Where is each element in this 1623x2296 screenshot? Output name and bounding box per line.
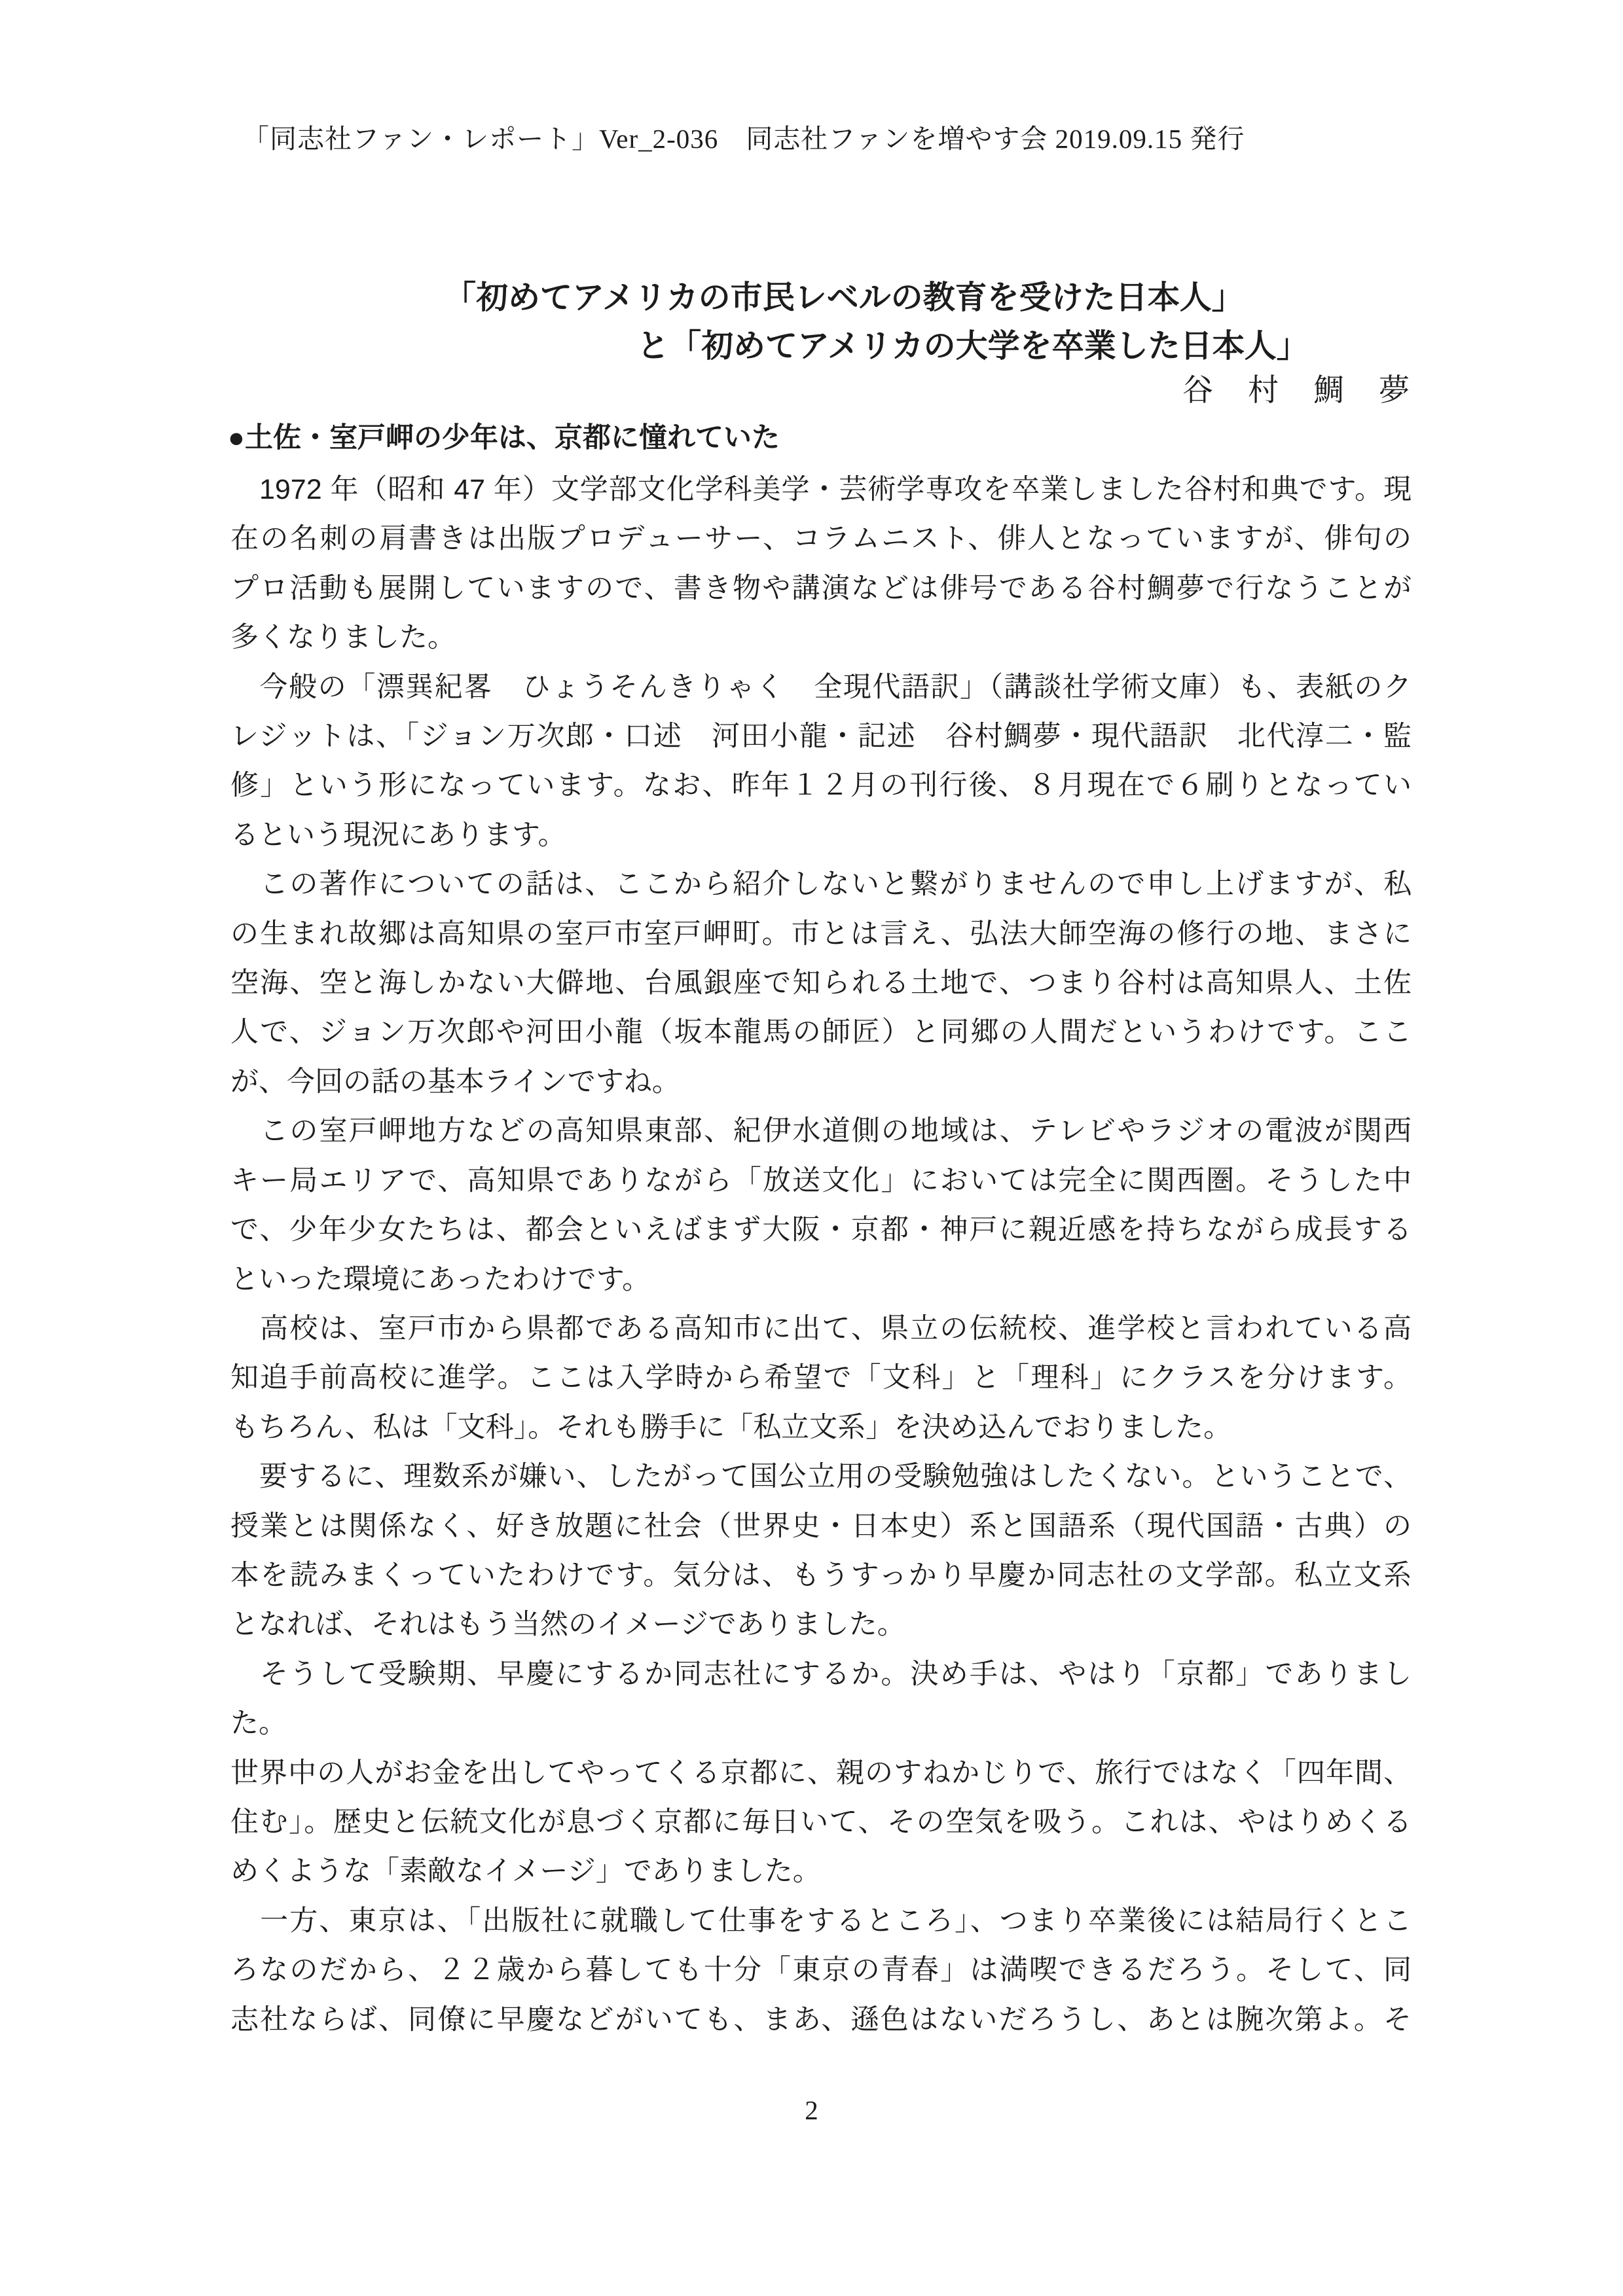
body-line: 今般の「漂巽紀畧 ひょうそんきりゃく 全現代語訳」（講談社学術文庫）も、表紙のク xyxy=(230,663,1412,712)
body-line: この著作についての話は、ここから紹介しないと繋がりませんので申し上げますが、私 xyxy=(230,860,1412,909)
body-line: 多くなりました。 xyxy=(230,613,1412,662)
body-line: 人で、ジョン万次郎や河田小龍（坂本龍馬の師匠）と同郷の人間だというわけです。ここ xyxy=(230,1008,1412,1057)
body-line: 世界中の人がお金を出してやってくる京都に、親のすねかじりで、旅行ではなく「四年間… xyxy=(230,1749,1412,1798)
body-line: た。 xyxy=(230,1699,1412,1748)
body-line: レジットは、「ジョン万次郎・口述 河田小龍・記述 谷村鯛夢・現代語訳 北代淳二・… xyxy=(230,712,1412,761)
body-line: 修」という形になっています。なお、昨年１２月の刊行後、８月現在で６刷りとなってい xyxy=(230,761,1412,810)
body-line: 要するに、理数系が嫌い、したがって国公立用の受験勉強はしたくない。ということで、 xyxy=(230,1452,1412,1501)
body-line: 空海、空と海しかない大僻地、台風銀座で知られる土地で、つまり谷村は高知県人、土佐 xyxy=(230,959,1412,1008)
body-line: ろなのだから、２２歳から暮しても十分「東京の青春」は満喫できるだろう。そして、同 xyxy=(230,1946,1412,1995)
page-number: 2 xyxy=(0,2093,1623,2127)
body-line: この室戸岬地方などの高知県東部、紀伊水道側の地域は、テレビやラジオの電波が関西 xyxy=(230,1107,1412,1156)
body-line: 志社ならば、同僚に早慶などがいても、まあ、遜色はないだろうし、あとは腕次第よ。そ xyxy=(230,1996,1412,2045)
body-line: 1972 年（昭和 47 年）文学部文化学科美学・芸術学専攻を卒業しました谷村和… xyxy=(230,465,1412,514)
body-line: 一方、東京は、「出版社に就職して仕事をするところ」、つまり卒業後には結局行くとこ xyxy=(230,1897,1412,1946)
body-line: そうして受験期、早慶にするか同志社にするか。決め手は、やはり「京都」でありまし xyxy=(230,1650,1412,1699)
article-title: 「初めてアメリカの市民レベルの教育を受けた日本人」 と「初めてアメリカの大学を卒… xyxy=(230,274,1412,370)
body-line: 授業とは関係なく、好き放題に社会（世界史・日本史）系と国語系（現代国語・古典）の xyxy=(230,1502,1412,1551)
body-line: 在の名刺の肩書きは出版プロデューサー、コラムニスト、俳人となっていますが、俳句の xyxy=(230,514,1412,564)
body-line: もちろん、私は「文科」。それも勝手に「私立文系」を決め込んでおりました。 xyxy=(230,1403,1412,1452)
body-line: 知追手前高校に進学。ここは入学時から希望で「文科」と「理科」にクラスを分けます。 xyxy=(230,1354,1412,1403)
body-line: で、少年少女たちは、都会といえばまず大阪・京都・神戸に親近感を持ちながら成長する xyxy=(230,1206,1412,1255)
newsletter-header: 「同志社ファン・レポート」Ver_2-036 同志社ファンを増やす会 2019.… xyxy=(242,122,1245,156)
article-title-line2: と「初めてアメリカの大学を卒業した日本人」 xyxy=(230,322,1412,370)
body-line: となれば、それはもう当然のイメージでありました。 xyxy=(230,1600,1412,1649)
body-line: るという現況にあります。 xyxy=(230,811,1412,860)
author-name: 谷 村 鯛 夢 xyxy=(230,370,1412,410)
document-page: 「同志社ファン・レポート」Ver_2-036 同志社ファンを増やす会 2019.… xyxy=(0,0,1623,2296)
article-body: 1972 年（昭和 47 年）文学部文化学科美学・芸術学専攻を卒業しました谷村和… xyxy=(230,465,1412,2045)
body-line: が、今回の話の基本ラインですね。 xyxy=(230,1058,1412,1107)
body-line: プロ活動も展開していますので、書き物や講演などは俳号である谷村鯛夢で行なうことが xyxy=(230,564,1412,613)
body-line: めくような「素敵なイメージ」でありました。 xyxy=(230,1847,1412,1896)
section-heading: ●土佐・室戸岬の少年は、京都に憧れていた xyxy=(228,420,780,456)
body-line: といった環境にあったわけです。 xyxy=(230,1255,1412,1304)
body-line: の生まれ故郷は高知県の室戸市室戸岬町。市とは言え、弘法大師空海の修行の地、まさに xyxy=(230,910,1412,959)
body-line: 本を読みまくっていたわけです。気分は、もうすっかり早慶か同志社の文学部。私立文系 xyxy=(230,1551,1412,1600)
body-line: 住む」。歴史と伝統文化が息づく京都に毎日いて、その空気を吸う。これは、やはりめく… xyxy=(230,1798,1412,1847)
body-line: キー局エリアで、高知県でありながら「放送文化」においては完全に関西圏。そうした中 xyxy=(230,1157,1412,1206)
article-title-line1: 「初めてアメリカの市民レベルの教育を受けた日本人」 xyxy=(230,274,1412,322)
body-line: 高校は、室戸市から県都である高知市に出て、県立の伝統校、進学校と言われている高 xyxy=(230,1304,1412,1354)
